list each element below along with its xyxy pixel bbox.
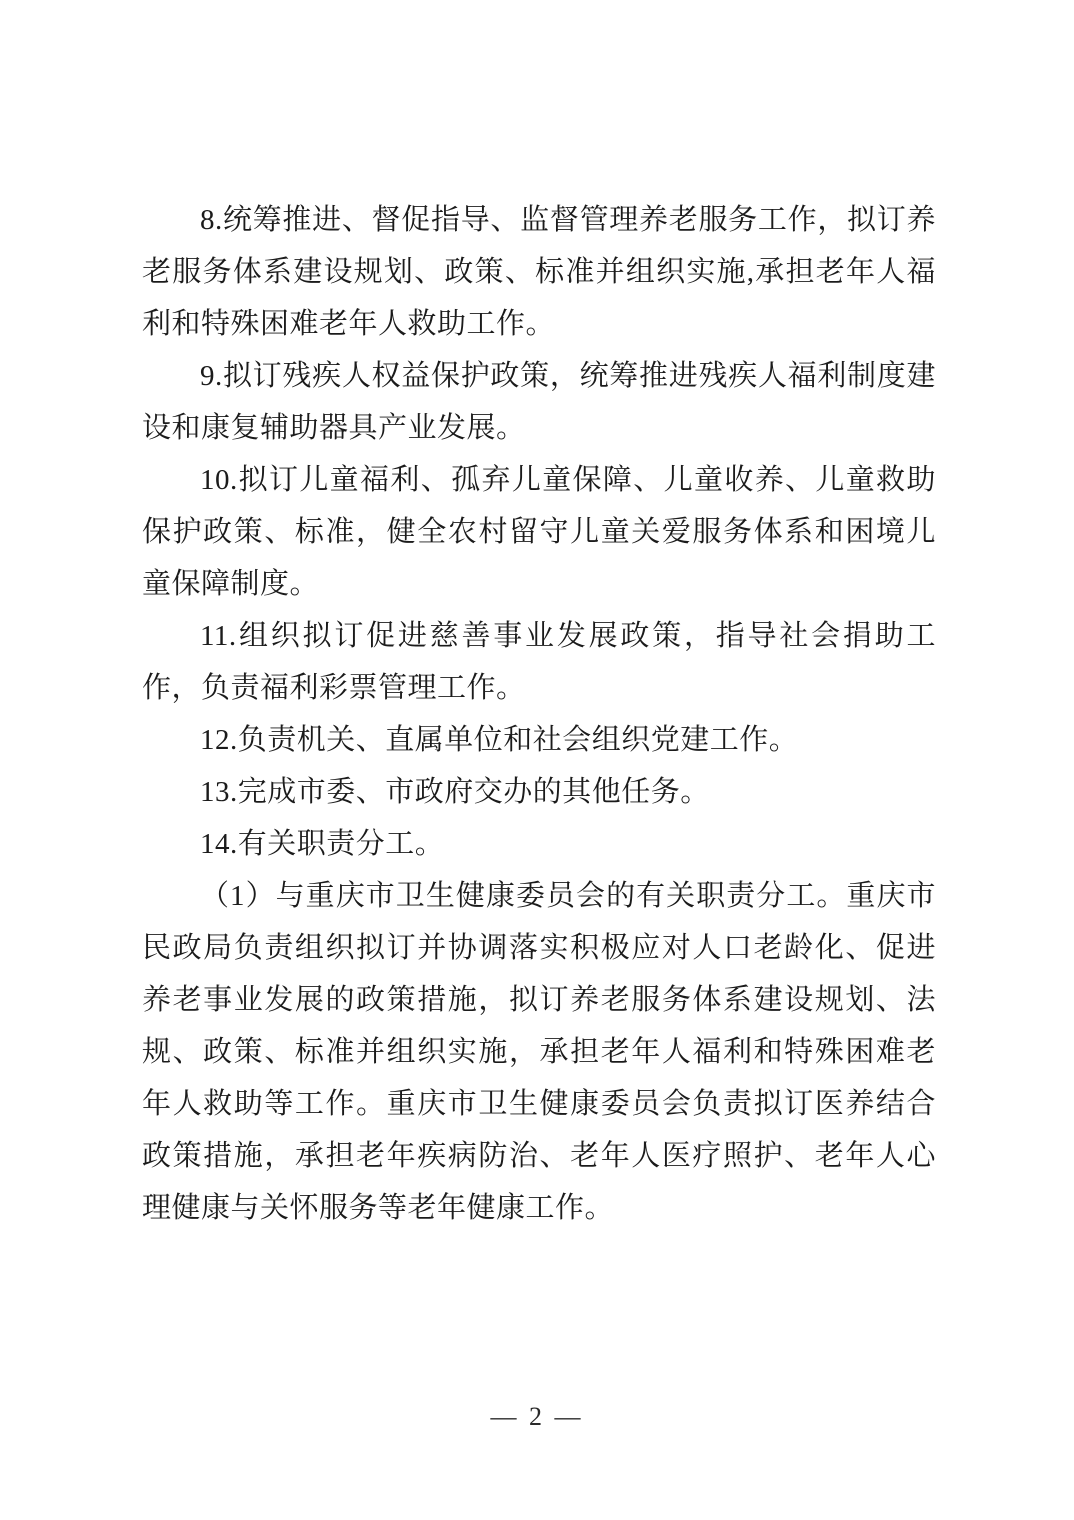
document-page: 8.统筹推进、督促指导、监督管理养老服务工作，拟订养老服务体系建设规划、政策、标…	[0, 0, 1074, 1520]
page-number: — 2 —	[0, 1402, 1074, 1432]
paragraph-item-14-sub-1: （1）与重庆市卫生健康委员会的有关职责分工。重庆市民政局负责组织拟订并协调落实积…	[142, 870, 936, 1234]
paragraph-item-9: 9.拟订残疾人权益保护政策，统筹推进残疾人福利制度建设和康复辅助器具产业发展。	[142, 350, 936, 454]
document-body: 8.统筹推进、督促指导、监督管理养老服务工作，拟订养老服务体系建设规划、政策、标…	[142, 194, 936, 1234]
paragraph-item-11: 11.组织拟订促进慈善事业发展政策，指导社会捐助工作，负责福利彩票管理工作。	[142, 610, 936, 714]
paragraph-item-14: 14.有关职责分工。	[142, 818, 936, 870]
paragraph-item-12: 12.负责机关、直属单位和社会组织党建工作。	[142, 714, 936, 766]
paragraph-item-13: 13.完成市委、市政府交办的其他任务。	[142, 766, 936, 818]
paragraph-item-10: 10.拟订儿童福利、孤弃儿童保障、儿童收养、儿童救助保护政策、标准，健全农村留守…	[142, 454, 936, 610]
paragraph-item-8: 8.统筹推进、督促指导、监督管理养老服务工作，拟订养老服务体系建设规划、政策、标…	[142, 194, 936, 350]
